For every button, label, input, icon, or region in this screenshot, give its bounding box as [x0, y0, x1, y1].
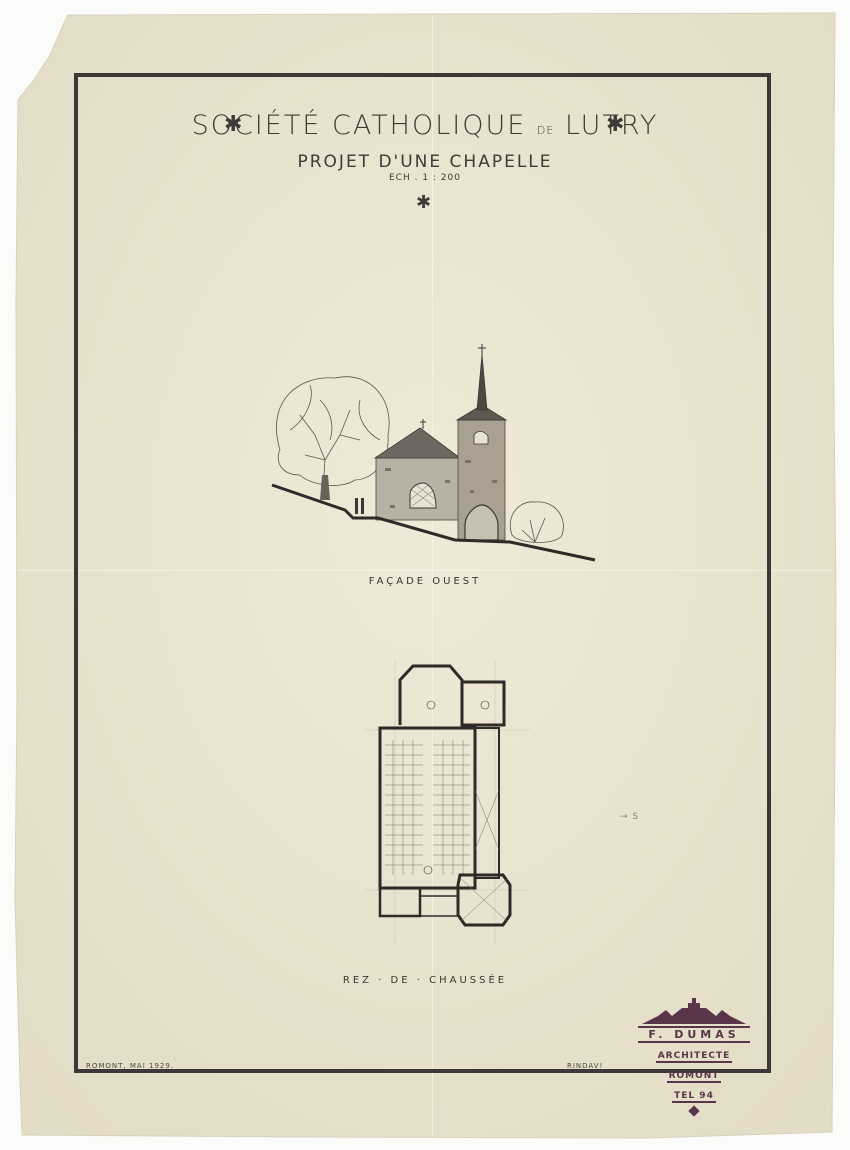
stamp-city: ROMONT [667, 1071, 722, 1083]
title-connector: DE [537, 124, 554, 137]
stamp-architect-name: F. DUMAS [638, 1026, 750, 1043]
document-subtitle: PROJET D'UNE CHAPELLE [0, 152, 850, 172]
title-main: SOCIÉTÉ CATHOLIQUE [192, 110, 527, 141]
margin-note: → S [620, 812, 639, 822]
elevation-caption: FAÇADE OUEST [0, 576, 850, 587]
floor-plan-caption: REZ · DE · CHAUSSÉE [0, 975, 850, 986]
document-title: SOCIÉTÉ CATHOLIQUE DE LUTRY [0, 110, 850, 141]
stamp-phone: TEL 94 [672, 1091, 716, 1103]
title-place: LUTRY [565, 110, 658, 141]
architect-stamp: F. DUMAS ARCHITECTE ROMONT TEL 94 [638, 998, 750, 1115]
signature-note: RINDAV! [567, 1062, 603, 1070]
place-date: ROMONT, MAI 1929. [86, 1062, 174, 1070]
west-facade-elevation [260, 340, 605, 570]
ground-floor-plan [365, 660, 530, 945]
stamp-diamond-icon [688, 1105, 699, 1116]
scale-label: ECH . 1 : 200 [0, 173, 850, 183]
stamp-building-icon [638, 998, 750, 1024]
stamp-profession: ARCHITECTE [656, 1051, 733, 1063]
star-ornament-center: ✱ [416, 194, 431, 212]
